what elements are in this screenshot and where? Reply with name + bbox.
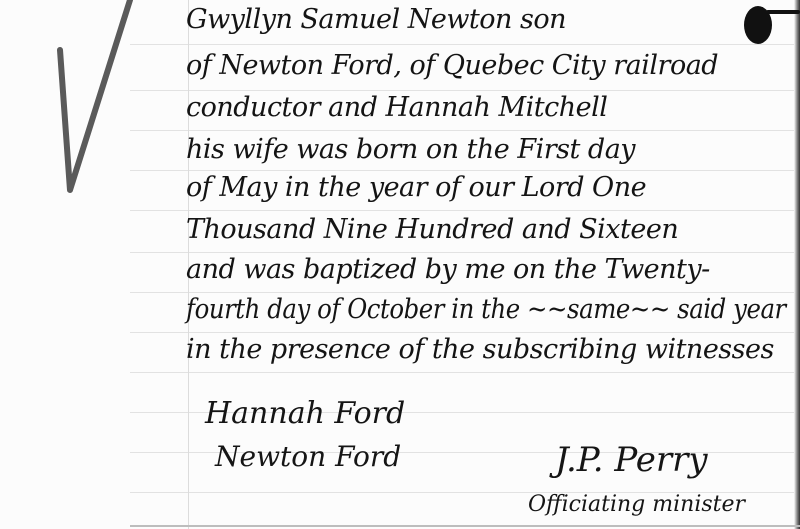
witness-signature-2: Newton Ford	[215, 440, 401, 473]
page-edge	[794, 0, 800, 529]
entry-line-2: of Newton Ford, of Quebec City railroad	[186, 50, 718, 81]
register-page: Gwyllyn Samuel Newton son of Newton Ford…	[0, 0, 800, 529]
minister-title: Officiating minister	[528, 492, 745, 517]
witness-signature-1: Hannah Ford	[205, 396, 405, 431]
ruled-line	[130, 130, 800, 131]
entry-line-7: and was baptized by me on the Twenty-	[186, 254, 710, 285]
ruled-line	[130, 44, 800, 45]
ruled-line	[130, 292, 800, 293]
bottom-rule	[130, 525, 800, 527]
ruled-line	[130, 90, 800, 91]
ruled-line	[130, 170, 800, 171]
entry-line-3: conductor and Hannah Mitchell	[186, 92, 607, 123]
minister-signature: J.P. Perry	[555, 440, 708, 480]
ink-stroke	[766, 10, 800, 14]
ruled-line	[130, 210, 800, 211]
entry-line-5: of May in the year of our Lord One	[186, 172, 646, 203]
ruled-line	[130, 252, 800, 253]
entry-line-9: in the presence of the subscribing witne…	[186, 334, 774, 365]
ruled-line	[130, 332, 800, 333]
checkmark-icon	[50, 0, 140, 200]
entry-line-8: fourth day of October in the ~~same~~ sa…	[186, 294, 786, 325]
entry-line-1: Gwyllyn Samuel Newton son	[186, 4, 566, 35]
ruled-line	[130, 372, 800, 373]
entry-line-6: Thousand Nine Hundred and Sixteen	[186, 214, 678, 245]
entry-line-4: his wife was born on the First day	[186, 134, 635, 165]
